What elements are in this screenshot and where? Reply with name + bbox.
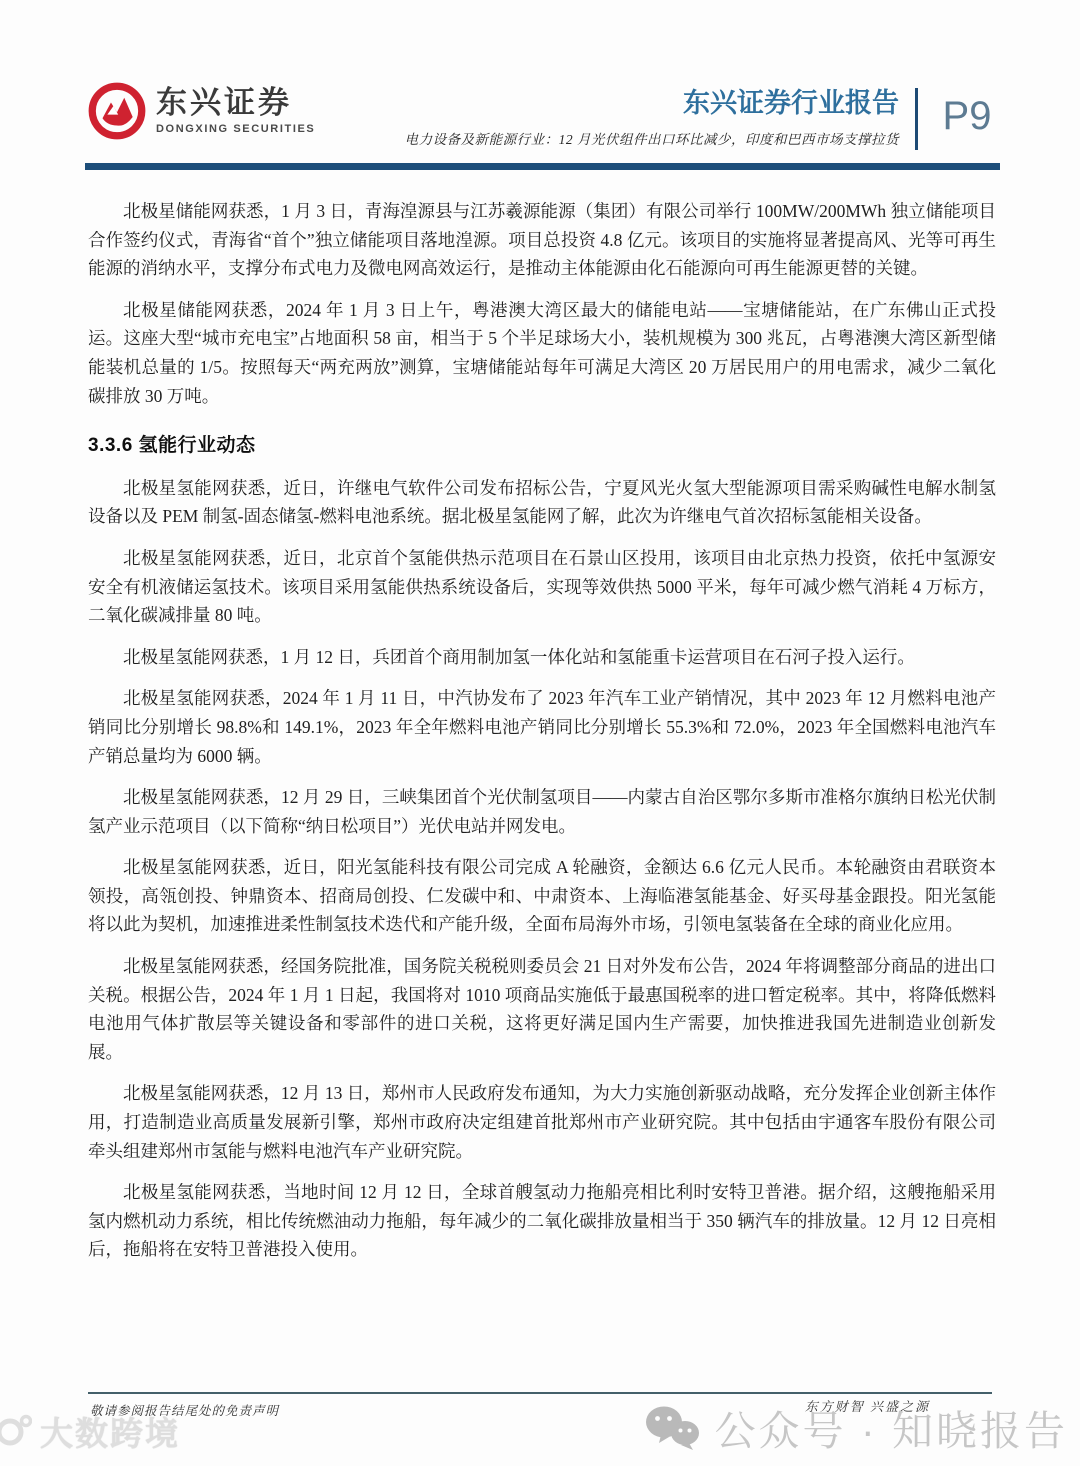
body-paragraph: 北极星氢能网获悉，12 月 29 日，三峡集团首个光伏制氢项目——内蒙古自治区鄂…: [88, 783, 996, 840]
body-paragraph: 北极星氢能网获悉，2024 年 1 月 11 日，中汽协发布了 2023 年汽车…: [88, 684, 996, 770]
dashu-watermark: 大数跨境: [0, 1408, 180, 1455]
body-paragraph: 北极星氢能网获悉，12 月 13 日，郑州市人民政府发布通知，为大力实施创新驱动…: [88, 1079, 996, 1165]
header-titles: 东兴证券行业报告 电力设备及新能源行业：12 月光伏组件出口环比减少，印度和巴西…: [405, 88, 899, 150]
page-number: P9: [936, 88, 998, 150]
report-page: 东兴证券 DONGXING SECURITIES 东兴证券行业报告 电力设备及新…: [0, 0, 1080, 1466]
dongxing-logo-text: 东兴证券 DONGXING SECURITIES: [156, 87, 315, 135]
header-right: 东兴证券行业报告 电力设备及新能源行业：12 月光伏组件出口环比减少，印度和巴西…: [405, 88, 998, 150]
body-paragraph: 北极星氢能网获悉，近日，阳光氢能科技有限公司完成 A 轮融资，金额达 6.6 亿…: [88, 853, 996, 939]
footer-rule: [88, 1392, 992, 1394]
body-paragraph: 北极星储能网获悉，1 月 3 日，青海湟源县与江苏羲源能源（集团）有限公司举行 …: [88, 197, 996, 283]
wechat-watermark-text: 公众号 · 知晓报告: [715, 1398, 1068, 1457]
dashu-logo-icon: [0, 1412, 32, 1452]
report-subtitle: 电力设备及新能源行业：12 月光伏组件出口环比减少，印度和巴西市场支撑拉货: [405, 128, 899, 148]
header-rule: [85, 163, 1000, 170]
dongxing-logo-icon: [88, 82, 146, 140]
wechat-icon: [641, 1403, 703, 1453]
body-paragraph: 北极星储能网获悉，2024 年 1 月 3 日上午，粤港澳大湾区最大的储能电站—…: [88, 296, 996, 410]
body-paragraph: 北极星氢能网获悉，经国务院批准，国务院关税税则委员会 21 日对外发布公告，20…: [88, 952, 996, 1066]
body-paragraph: 北极星氢能网获悉，当地时间 12 月 12 日，全球首艘氢动力拖船亮相比利时安特…: [88, 1178, 996, 1264]
wechat-watermark: 公众号 · 知晓报告: [641, 1398, 1068, 1457]
section-heading: 3.3.6 氢能行业动态: [88, 432, 996, 461]
body-paragraph: 北极星氢能网获悉，1 月 12 日，兵团首个商用制加氢一体化站和氢能重卡运营项目…: [88, 643, 996, 672]
header-divider: [915, 88, 918, 150]
report-title: 东兴证券行业报告: [683, 88, 899, 119]
dongxing-logo: 东兴证券 DONGXING SECURITIES: [88, 82, 315, 140]
body-paragraph: 北极星氢能网获悉，近日，许继电气软件公司发布招标公告，宁夏风光火氢大型能源项目需…: [88, 474, 996, 531]
logo-name-cn: 东兴证券: [156, 87, 315, 118]
body-paragraph: 北极星氢能网获悉，近日，北京首个氢能供热示范项目在石景山区投用，该项目由北京热力…: [88, 544, 996, 630]
dashu-watermark-text: 大数跨境: [40, 1408, 180, 1455]
logo-name-en: DONGXING SECURITIES: [156, 124, 315, 135]
page-header: 东兴证券 DONGXING SECURITIES 东兴证券行业报告 电力设备及新…: [88, 82, 998, 150]
report-body: 北极星储能网获悉，1 月 3 日，青海湟源县与江苏羲源能源（集团）有限公司举行 …: [88, 184, 996, 1277]
